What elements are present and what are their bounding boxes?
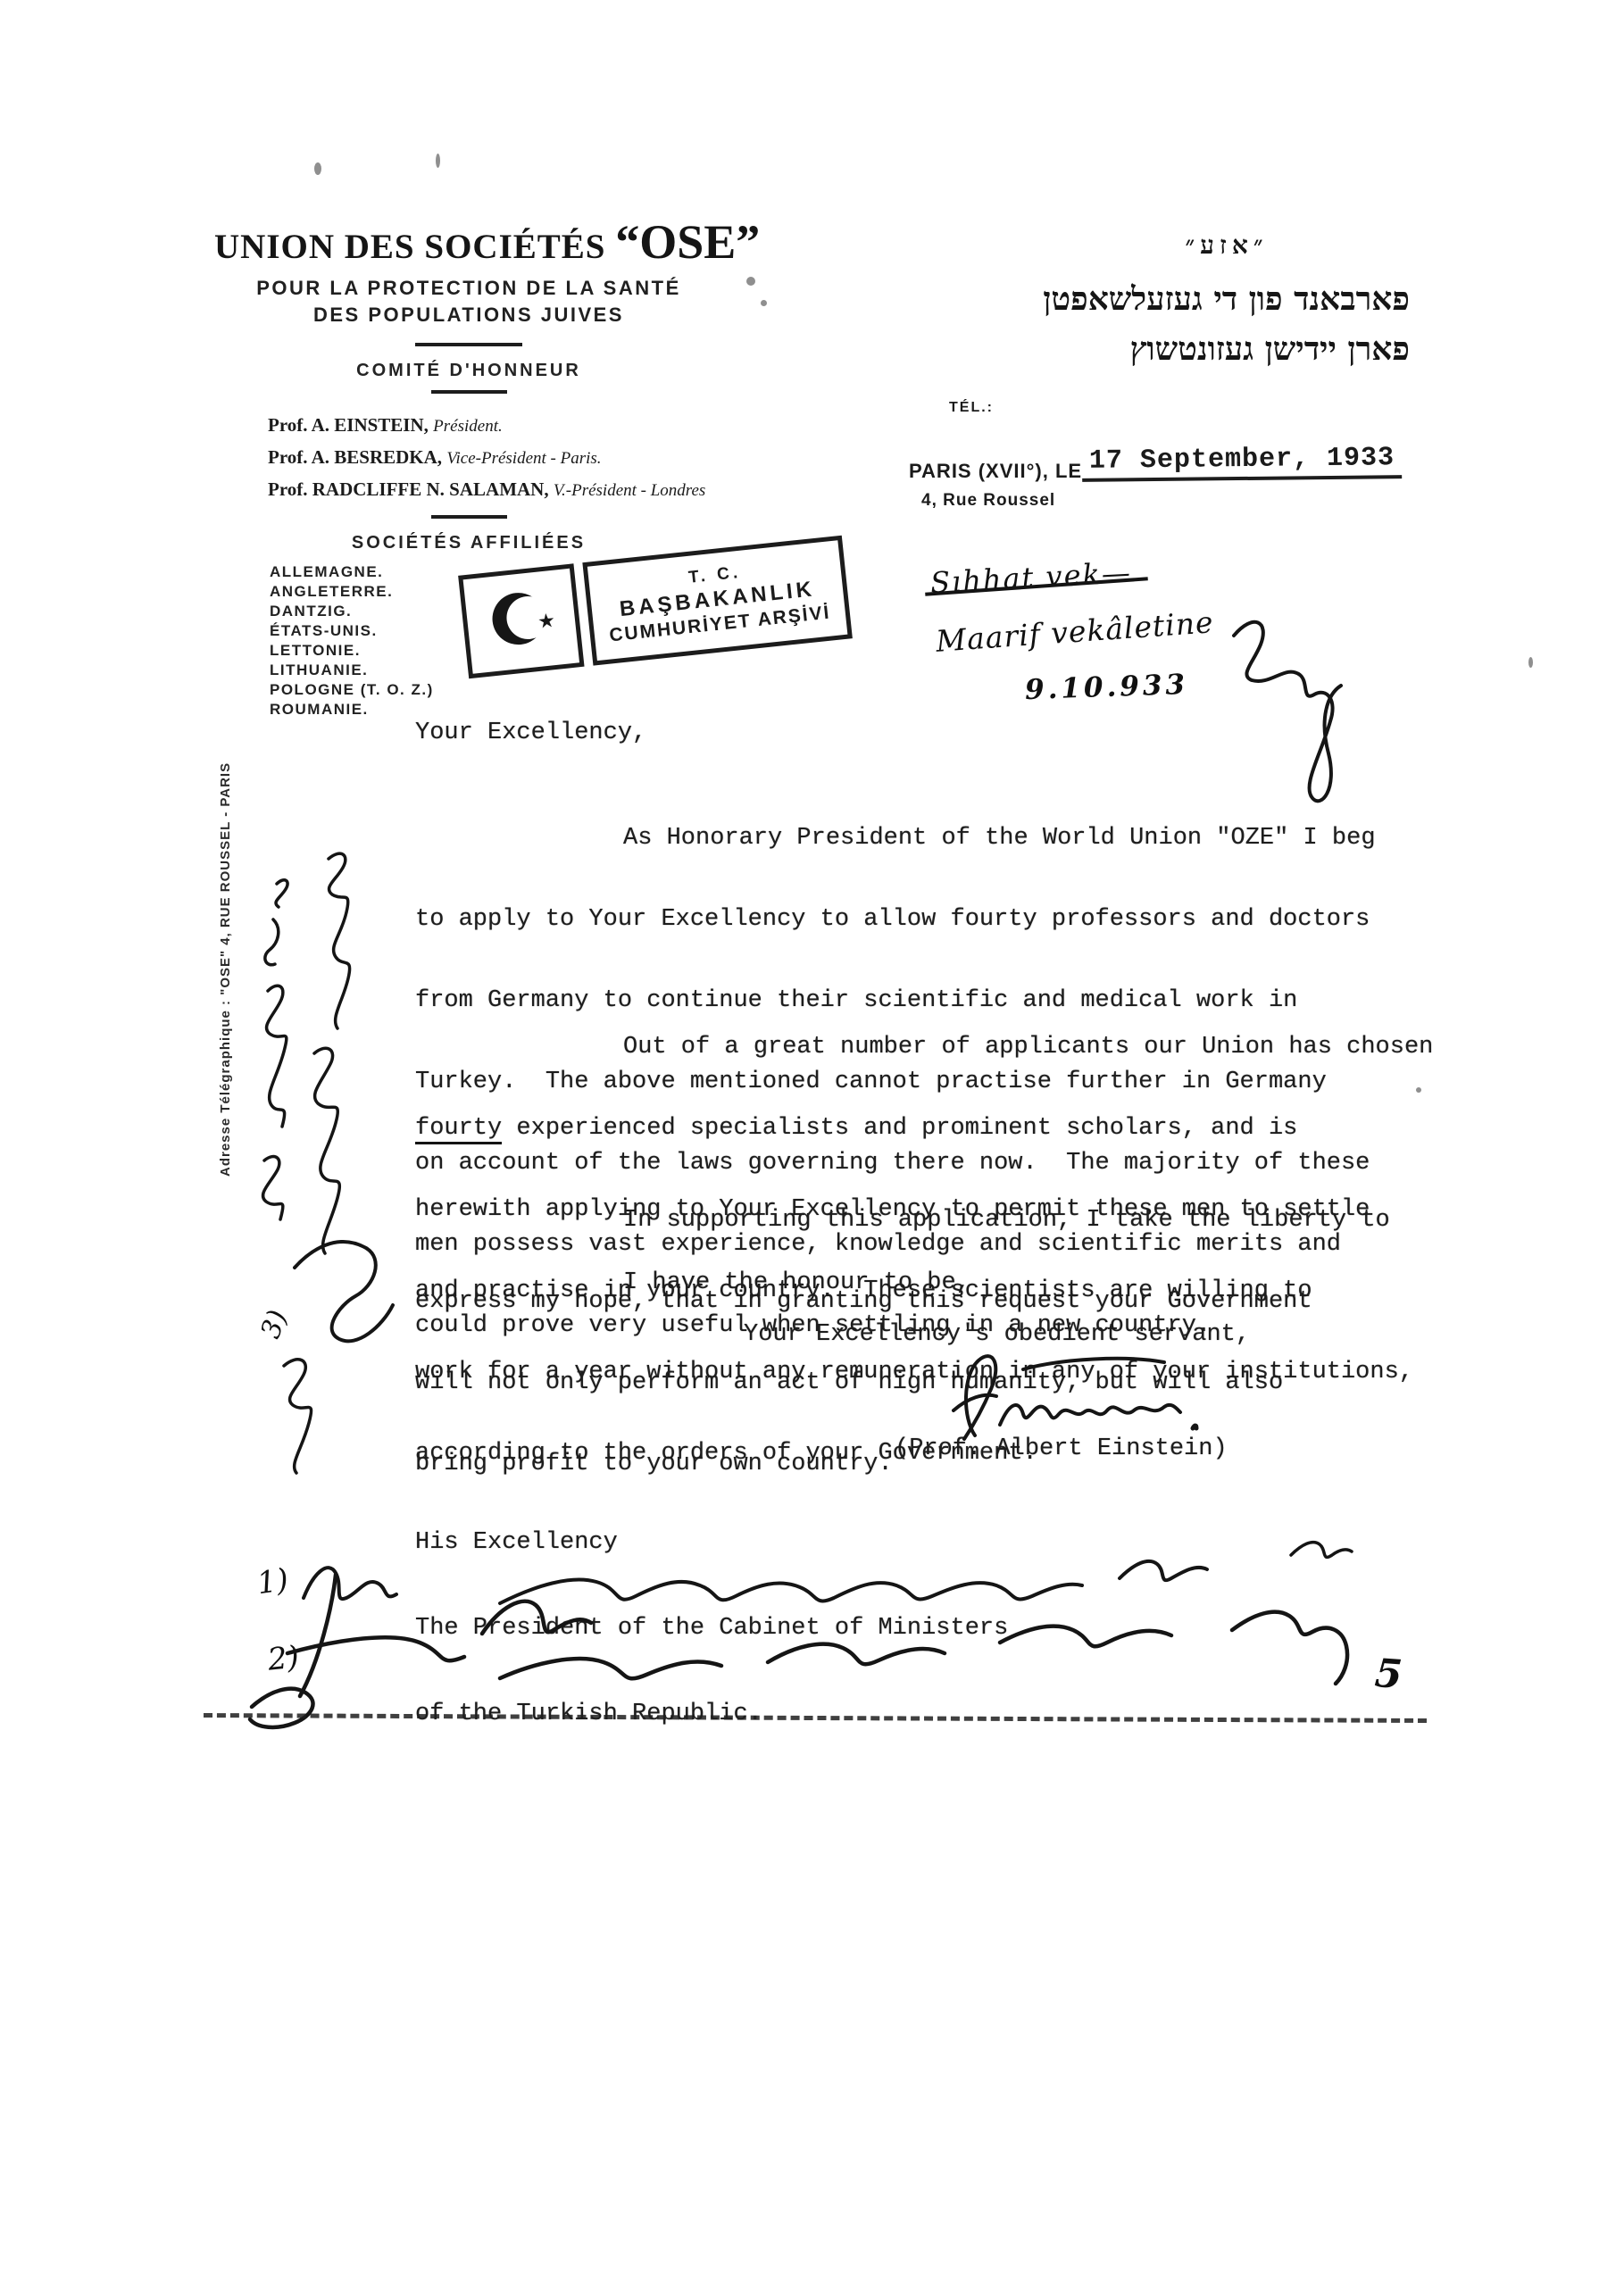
typed-date: 17 September, 1933	[1082, 443, 1402, 482]
org-subtitle-2: DES POPULATIONS JUIVES	[214, 304, 723, 327]
affiliates-heading: SOCIÉTÉS AFFILIÉES	[214, 533, 723, 553]
yiddish-letterhead: ״אזע״ פארבאנד פון די געזעלשאפטן פארן ייד…	[910, 230, 1410, 368]
recipient-line: His Excellency	[415, 1527, 1008, 1559]
org-title-prefix: UNION DES SOCIÉTÉS	[214, 228, 605, 266]
committee-member: Prof. A. EINSTEIN, Président.	[268, 410, 723, 442]
salutation: Your Excellency,	[415, 720, 646, 747]
bottom-note-number-1: 1)	[254, 1562, 290, 1601]
committee-member-role: Vice-Président - Paris.	[446, 449, 601, 468]
handwritten-ministry-note: Maarif vekâletine	[935, 604, 1215, 659]
committee-member: Prof. RADCLIFFE N. SALAMAN, V.-Président…	[268, 474, 723, 506]
body-line: to apply to Your Excellency to allow fou…	[415, 906, 1376, 934]
left-margin-scrawl	[263, 853, 393, 1473]
bottom-scrawl-extra	[250, 1689, 313, 1727]
body-line: fourty experienced specialists and promi…	[415, 1115, 1433, 1143]
handwritten-date: 9.10.933	[1024, 669, 1188, 706]
committee-heading: COMITÉ D'HONNEUR	[214, 361, 723, 381]
hand-underlined-word: fourty	[415, 1115, 502, 1144]
body-line: Out of a great number of applicants our …	[415, 1034, 1433, 1061]
body-line: As Honorary President of the World Union…	[415, 825, 1376, 853]
city-dateline-label: PARIS (XVII°), LE	[909, 460, 1082, 483]
scan-speck	[1416, 1087, 1421, 1093]
divider-rule	[415, 343, 522, 346]
body-line: In supporting this application, I take t…	[415, 1207, 1390, 1235]
crescent-star-emblem: ★	[458, 563, 584, 678]
org-subtitle-1: POUR LA PROTECTION DE LA SANTÉ	[214, 277, 723, 300]
typed-signature-caption: (Prof. Albert Einstein)	[895, 1435, 1228, 1463]
committee-member-role: V.-Président - Londres	[554, 481, 705, 500]
yiddish-org-name-line: פארבאנד פון די געזעלשאפטן	[910, 280, 1410, 318]
left-margin-number-3: 3)	[255, 1306, 294, 1343]
committee-member-name: Prof. A. BESREDKA,	[268, 446, 442, 468]
affiliate-country: POLOGNE (T. O. Z.)	[270, 680, 723, 700]
committee-member-name: Prof. A. EINSTEIN,	[268, 414, 429, 436]
scan-speck	[746, 277, 755, 286]
crescent-icon: ★	[490, 590, 553, 653]
committee-list: Prof. A. EINSTEIN, Président. Prof. A. B…	[214, 410, 723, 506]
org-title: UNION DES SOCIÉTÉS “OSE”	[214, 214, 723, 270]
street-address: 4, Rue Roussel	[921, 491, 1055, 511]
star-icon: ★	[537, 609, 556, 634]
yiddish-org-abbreviation: ״אזע״	[910, 230, 1410, 261]
scan-speck	[1528, 657, 1533, 668]
scan-speck	[761, 300, 767, 306]
yiddish-org-name-line: פארן יידישן געזונטשוץ	[910, 330, 1410, 368]
bottom-note-number-2: 2)	[266, 1639, 301, 1677]
scanned-letter-page: UNION DES SOCIÉTÉS “OSE” POUR LA PROTECT…	[0, 0, 1624, 2296]
committee-member-name: Prof. RADCLIFFE N. SALAMAN,	[268, 478, 549, 500]
body-line-rest: experienced specialists and prominent sc…	[502, 1115, 1297, 1142]
recipient-address: His Excellency The President of the Cabi…	[415, 1473, 1008, 1784]
scan-speck	[436, 154, 440, 168]
closing-line-1: I have the honour to be,	[623, 1269, 970, 1297]
divider-rule	[431, 515, 507, 519]
recipient-line: The President of the Cabinet of Minister…	[415, 1612, 1008, 1644]
telegraph-address-vertical: Adresse Télégraphique : "OSE" 4, RUE ROU…	[218, 775, 241, 1177]
org-title-ose: “OSE”	[615, 215, 760, 269]
divider-rule	[431, 390, 507, 394]
tel-label: TÉL.:	[949, 400, 994, 416]
handwritten-page-number: 5	[1373, 1651, 1403, 1698]
closing-line-2: Your Excellency's obedient servant,	[744, 1321, 1250, 1349]
scan-speck	[314, 162, 321, 175]
affiliate-country: ROUMANIE.	[270, 700, 723, 720]
body-line: will not only perform an act of high hum…	[415, 1369, 1390, 1397]
committee-member: Prof. A. BESREDKA, Vice-Président - Pari…	[268, 442, 723, 474]
committee-member-role: Président.	[433, 417, 503, 436]
